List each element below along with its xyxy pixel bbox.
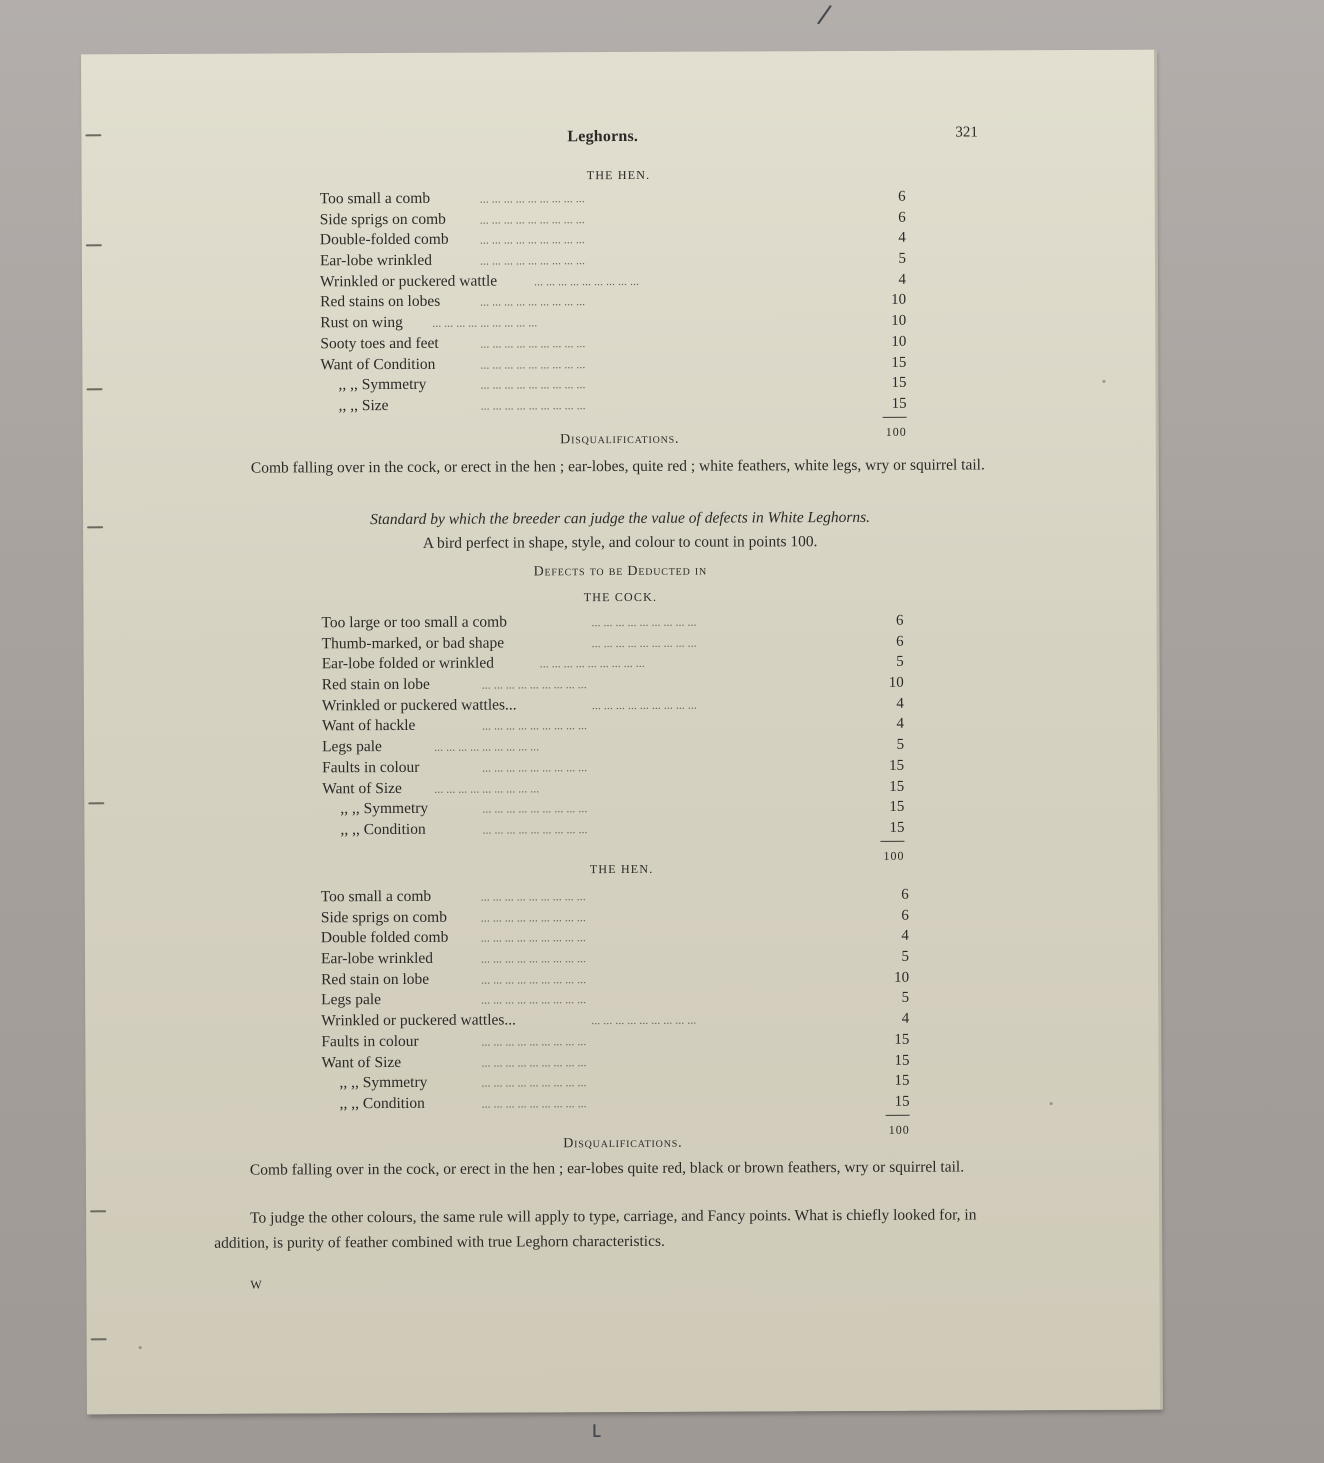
defect-label: ,, ,, Condition [340, 820, 425, 840]
leader-dots: ... ... ... ... ... ... ... ... ... [434, 776, 878, 798]
leader-dots: ... ... ... ... ... ... ... ... ... [534, 270, 880, 292]
points-value: 5 [878, 652, 904, 672]
table-row: Rust on wing... ... ... ... ... ... ... … [320, 311, 906, 334]
table-row: Side sprigs on comb... ... ... ... ... .… [320, 207, 906, 230]
points-value: 10 [883, 967, 909, 987]
leader-dots: ... ... ... ... ... ... ... ... ... [591, 611, 877, 632]
leader-dots: ... ... ... ... ... ... ... ... ... [592, 632, 878, 653]
defect-label: Red stain on lobe [321, 970, 429, 990]
points-value: 15 [878, 818, 904, 838]
binding-mark [86, 244, 102, 246]
table-row: ,, ,, Condition... ... ... ... ... ... .… [322, 1092, 910, 1115]
defect-label: Sooty toes and feet [320, 334, 438, 355]
leader-dots: ... ... ... ... ... ... ... ... ... [481, 906, 883, 928]
table-row: Sooty toes and feet... ... ... ... ... .… [320, 332, 906, 355]
table-row: Red stain on lobe... ... ... ... ... ...… [321, 967, 909, 990]
leader-dots: ... ... ... ... ... ... ... ... ... [482, 818, 878, 840]
leader-dots: ... ... ... ... ... ... ... ... ... [482, 714, 878, 736]
total-rule [886, 1115, 910, 1116]
table-row: Ear-lobe wrinkled... ... ... ... ... ...… [320, 249, 906, 272]
points-value: 10 [880, 332, 906, 352]
defect-label: Want of hackle [322, 716, 416, 736]
signature-mark: W [250, 1278, 261, 1293]
leader-dots: ... ... ... ... ... ... ... ... ... [481, 988, 883, 1010]
points-value: 5 [880, 249, 906, 269]
pen-mark-bottom: ˪ [592, 1410, 602, 1445]
table-row: Too small a comb... ... ... ... ... ... … [320, 187, 906, 210]
binding-mark [88, 802, 104, 804]
section-heading-cock: THE COCK. [83, 588, 1157, 608]
points-value: 10 [878, 673, 904, 693]
leader-dots: ... ... ... ... ... ... ... ... ... [480, 290, 880, 312]
table-row: ,, ,, Condition... ... ... ... ... ... .… [322, 818, 904, 841]
defect-label: Ear-lobe folded or wrinkled [322, 654, 494, 675]
points-value: 15 [880, 352, 906, 372]
defect-label: ,, ,, Symmetry [340, 799, 428, 819]
points-value: 4 [878, 694, 904, 714]
defect-label: Wrinkled or puckered wattles... [321, 1011, 516, 1032]
points-value: 4 [883, 926, 909, 946]
table-row: ,, ,, Symmetry... ... ... ... ... ... ..… [321, 1071, 909, 1094]
table-row: Ear-lobe folded or wrinkled... ... ... .… [322, 652, 904, 675]
leader-dots: ... ... ... ... ... ... ... ... ... [481, 1030, 883, 1052]
defect-label: Wrinkled or puckered wattle [320, 271, 497, 292]
disqualifications-text-2: Comb falling over in the cock, or erect … [214, 1154, 1014, 1182]
defect-label: Ear-lobe wrinkled [321, 949, 433, 969]
defect-label: Too large or too small a comb [321, 612, 507, 633]
paper-speck [1102, 380, 1105, 383]
page-number: 321 [955, 124, 978, 141]
leader-dots: ... ... ... ... ... ... ... ... ... [481, 1050, 883, 1072]
points-value: 15 [880, 373, 906, 393]
total-rule [883, 417, 907, 418]
points-value: 4 [880, 270, 906, 290]
defect-label: Faults in colour [322, 758, 419, 778]
running-head: Leghorns. 321 [81, 126, 1155, 153]
table-row: Ear-lobe wrinkled... ... ... ... ... ...… [321, 947, 909, 970]
defect-label: Want of Condition [320, 354, 435, 375]
points-value: 15 [881, 394, 907, 414]
leader-dots: ... ... ... ... ... ... ... ... ... [591, 1009, 883, 1030]
standard-subtitle: A bird perfect in shape, style, and colo… [83, 532, 1157, 555]
section-heading-hen: THE HEN. [82, 166, 1156, 186]
defect-label: Faults in colour [321, 1032, 418, 1052]
leader-dots: ... ... ... ... ... ... ... ... ... [480, 187, 880, 209]
points-value: 15 [884, 1092, 910, 1112]
closing-paragraph: To judge the other colours, the same rul… [214, 1202, 1014, 1255]
section-heading-hen-2: THE HEN. [85, 860, 1159, 880]
points-value: 4 [880, 228, 906, 248]
table-row: Faults in colour... ... ... ... ... ... … [322, 756, 904, 779]
disqualifications-text: Comb falling over in the cock, or erect … [215, 452, 1005, 480]
table-row: ,, ,, Symmetry... ... ... ... ... ... ..… [320, 373, 906, 396]
table-row: Want of Size... ... ... ... ... ... ... … [321, 1050, 909, 1073]
points-value: 6 [880, 207, 906, 227]
points-value: 6 [878, 631, 904, 651]
table-row: Too large or too small a comb... ... ...… [321, 611, 903, 634]
table-row: Too small a comb... ... ... ... ... ... … [321, 885, 909, 908]
table-row: Want of hackle... ... ... ... ... ... ..… [322, 714, 904, 737]
points-value: 5 [883, 947, 909, 967]
leader-dots: ... ... ... ... ... ... ... ... ... [480, 352, 880, 374]
leader-dots: ... ... ... ... ... ... ... ... ... [482, 1092, 884, 1114]
table-row: Side sprigs on comb... ... ... ... ... .… [321, 905, 909, 928]
table-row: Wrinkled or puckered wattles...... ... .… [322, 694, 904, 717]
total-rule [880, 841, 904, 842]
table-row: Want of Condition... ... ... ... ... ...… [320, 352, 906, 375]
defect-label: Legs pale [322, 737, 382, 757]
table-row: Red stains on lobes... ... ... ... ... .… [320, 290, 906, 313]
points-value: 4 [878, 714, 904, 734]
paper-speck [139, 1346, 142, 1349]
leader-dots: ... ... ... ... ... ... ... ... ... [481, 968, 883, 990]
defect-label: Ear-lobe wrinkled [320, 251, 432, 271]
defect-label: Want of Size [321, 1052, 401, 1072]
points-value: 15 [883, 1050, 909, 1070]
leader-dots: ... ... ... ... ... ... ... ... ... [432, 311, 880, 333]
leader-dots: ... ... ... ... ... ... ... ... ... [482, 673, 878, 695]
defects-heading: Defects to be Deducted in [83, 562, 1157, 583]
leader-dots: ... ... ... ... ... ... ... ... ... [481, 1071, 883, 1093]
book-page: Leghorns. 321 THE HEN. Too small a comb.… [81, 50, 1161, 1415]
cock-points-table: Too large or too small a comb... ... ...… [321, 611, 904, 841]
table-row: Want of Size... ... ... ... ... ... ... … [322, 776, 904, 799]
defect-label: Red stains on lobes [320, 292, 440, 313]
hen-points-table: Too small a comb... ... ... ... ... ... … [320, 187, 907, 417]
points-value: 10 [880, 290, 906, 310]
table-row: ,, ,, Size... ... ... ... ... ... ... ..… [321, 394, 907, 417]
defect-label: ,, ,, Symmetry [338, 375, 426, 395]
defect-label: ,, ,, Symmetry [339, 1073, 427, 1093]
points-value: 15 [883, 1071, 909, 1091]
points-value: 6 [880, 187, 906, 207]
points-value: 5 [878, 735, 904, 755]
leader-dots: ... ... ... ... ... ... ... ... ... [480, 249, 880, 271]
defect-label: Side sprigs on comb [321, 907, 447, 928]
leader-dots: ... ... ... ... ... ... ... ... ... [480, 373, 880, 395]
leader-dots: ... ... ... ... ... ... ... ... ... [480, 228, 880, 250]
leader-dots: ... ... ... ... ... ... ... ... ... [481, 885, 883, 907]
chapter-title: Leghorns. [567, 128, 638, 146]
table-row: Thumb-marked, or bad shape... ... ... ..… [322, 631, 904, 654]
table-row: ,, ,, Symmetry... ... ... ... ... ... ..… [322, 797, 904, 820]
points-value: 10 [880, 311, 906, 331]
leader-dots: ... ... ... ... ... ... ... ... ... [482, 756, 878, 778]
points-value: 15 [878, 797, 904, 817]
table-row: Faults in colour... ... ... ... ... ... … [321, 1030, 909, 1053]
defect-label: Double-folded comb [320, 230, 449, 251]
disqualifications-heading: Disqualifications. [83, 430, 1157, 451]
defect-label: Too small a comb [321, 887, 432, 907]
defect-label: Want of Size [322, 778, 402, 798]
points-value: 4 [883, 1009, 909, 1029]
defect-label: Side sprigs on comb [320, 209, 446, 230]
leader-dots: ... ... ... ... ... ... ... ... ... [481, 926, 883, 948]
binding-mark [90, 1210, 106, 1212]
binding-mark [91, 1338, 107, 1340]
leader-dots: ... ... ... ... ... ... ... ... ... [592, 694, 878, 715]
points-value: 15 [878, 756, 904, 776]
defect-label: Too small a comb [320, 189, 431, 209]
defect-label: Wrinkled or puckered wattles... [322, 695, 517, 716]
table-row: Double-folded comb... ... ... ... ... ..… [320, 228, 906, 251]
hen-points-table-2: Too small a comb... ... ... ... ... ... … [321, 885, 910, 1115]
points-value: 15 [878, 776, 904, 796]
table-row: Wrinkled or puckered wattles...... ... .… [321, 1009, 909, 1032]
leader-dots: ... ... ... ... ... ... ... ... ... [480, 332, 880, 354]
points-value: 5 [883, 988, 909, 1008]
standard-title: Standard by which the breeder can judge … [83, 508, 1157, 531]
table-row: Wrinkled or puckered wattle... ... ... .… [320, 270, 906, 293]
points-value: 15 [883, 1030, 909, 1050]
defect-label: Red stain on lobe [322, 675, 430, 695]
points-value: 6 [883, 905, 909, 925]
table-row: Legs pale... ... ... ... ... ... ... ...… [322, 735, 904, 758]
leader-dots: ... ... ... ... ... ... ... ... ... [482, 797, 878, 819]
disqualifications-heading-2: Disqualifications. [86, 1134, 1160, 1155]
defect-label: ,, ,, Size [339, 396, 389, 416]
leader-dots: ... ... ... ... ... ... ... ... ... [480, 208, 880, 230]
table-row: Double folded comb... ... ... ... ... ..… [321, 926, 909, 949]
binding-mark [86, 388, 102, 390]
table-row: Legs pale... ... ... ... ... ... ... ...… [321, 988, 909, 1011]
table-row: Red stain on lobe... ... ... ... ... ...… [322, 673, 904, 696]
points-value: 6 [877, 611, 903, 631]
leader-dots: ... ... ... ... ... ... ... ... ... [481, 947, 883, 969]
leader-dots: ... ... ... ... ... ... ... ... ... [434, 735, 878, 757]
points-value: 6 [883, 885, 909, 905]
defect-label: Rust on wing [320, 313, 403, 333]
leader-dots: ... ... ... ... ... ... ... ... ... [481, 394, 881, 416]
defect-label: Double folded comb [321, 928, 449, 949]
paper-speck [1050, 1102, 1053, 1105]
defect-label: ,, ,, Condition [340, 1094, 425, 1114]
leader-dots: ... ... ... ... ... ... ... ... ... [540, 652, 878, 673]
defect-label: Thumb-marked, or bad shape [322, 633, 505, 654]
defect-label: Legs pale [321, 990, 381, 1010]
